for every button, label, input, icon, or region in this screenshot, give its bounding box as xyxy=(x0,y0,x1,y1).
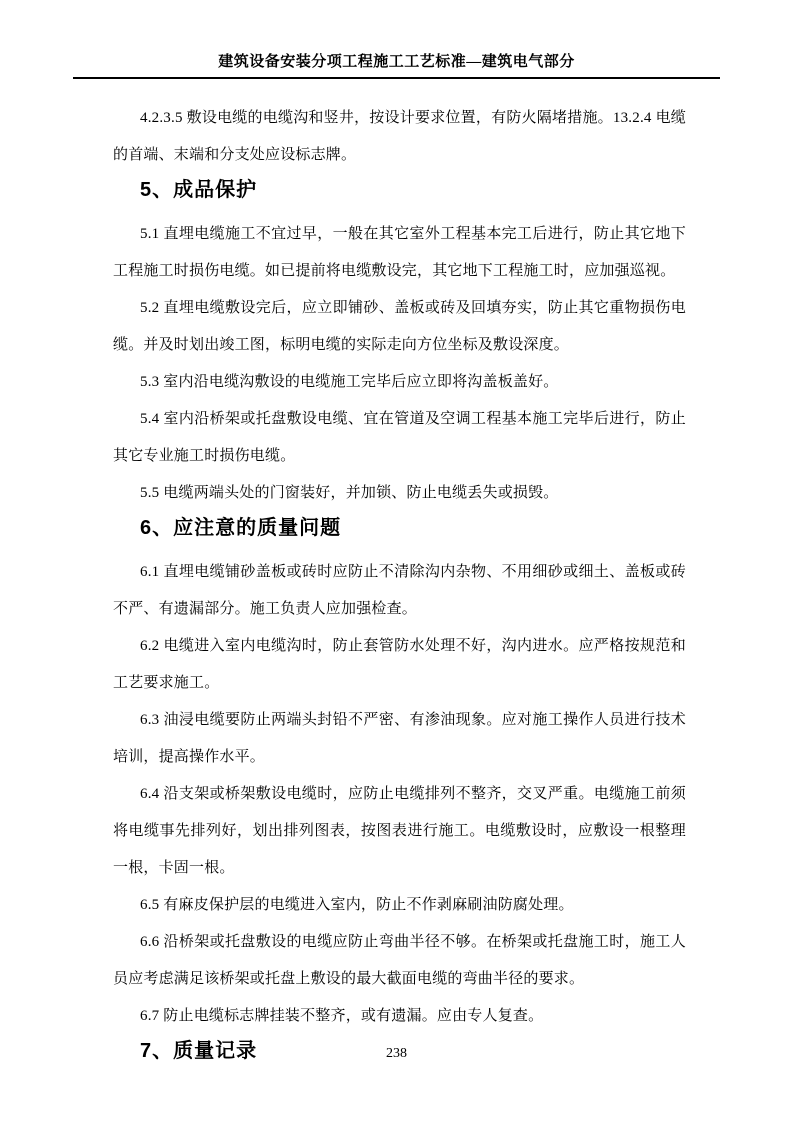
document-content: 4.2.3.5 敷设电缆的电缆沟和竖井，按设计要求位置，有防火隔堵措施。13.2… xyxy=(0,79,793,1065)
header-title: 建筑设备安装分项工程施工工艺标准—建筑电气部分 xyxy=(0,51,793,73)
page-number: 238 xyxy=(386,1046,407,1061)
section-heading: 5、成品保护 xyxy=(113,176,686,204)
section-heading: 6、应注意的质量问题 xyxy=(113,514,686,542)
paragraph: 6.2 电缆进入室内电缆沟时，防止套管防水处理不好，沟内进水。应严格按规范和工艺… xyxy=(113,628,686,702)
paragraph: 6.5 有麻皮保护层的电缆进入室内，防止不作剥麻刷油防腐处理。 xyxy=(113,887,686,924)
paragraph: 5.5 电缆两端头处的门窗装好，并加锁、防止电缆丢失或损毁。 xyxy=(113,475,686,512)
paragraph: 6.7 防止电缆标志牌挂装不整齐，或有遗漏。应由专人复查。 xyxy=(113,998,686,1035)
paragraph: 5.2 直埋电缆敷设完后，应立即铺砂、盖板或砖及回填夯实，防止其它重物损伤电缆。… xyxy=(113,290,686,364)
paragraph: 6.3 油浸电缆要防止两端头封铅不严密、有渗油现象。应对施工操作人员进行技术培训… xyxy=(113,702,686,776)
paragraph: 6.6 沿桥架或托盘敷设的电缆应防止弯曲半径不够。在桥架或托盘施工时，施工人员应… xyxy=(113,924,686,998)
paragraph: 6.4 沿支架或桥架敷设电缆时，应防止电缆排列不整齐，交叉严重。电缆施工前须将电… xyxy=(113,776,686,887)
paragraph: 4.2.3.5 敷设电缆的电缆沟和竖井，按设计要求位置，有防火隔堵措施。13.2… xyxy=(113,100,686,174)
paragraph: 5.4 室内沿桥架或托盘敷设电缆、宜在管道及空调工程基本施工完毕后进行，防止其它… xyxy=(113,401,686,475)
page-header: 建筑设备安装分项工程施工工艺标准—建筑电气部分 xyxy=(0,0,793,73)
paragraph: 5.3 室内沿电缆沟敷设的电缆施工完毕后应立即将沟盖板盖好。 xyxy=(113,364,686,401)
paragraph: 6.1 直埋电缆铺砂盖板或砖时应防止不清除沟内杂物、不用细砂或细土、盖板或砖不严… xyxy=(113,554,686,628)
page-footer: 238 xyxy=(0,1044,793,1064)
paragraph: 5.1 直埋电缆施工不宜过早，一般在其它室外工程基本完工后进行，防止其它地下工程… xyxy=(113,216,686,290)
document-page: 建筑设备安装分项工程施工工艺标准—建筑电气部分 4.2.3.5 敷设电缆的电缆沟… xyxy=(0,0,793,1123)
